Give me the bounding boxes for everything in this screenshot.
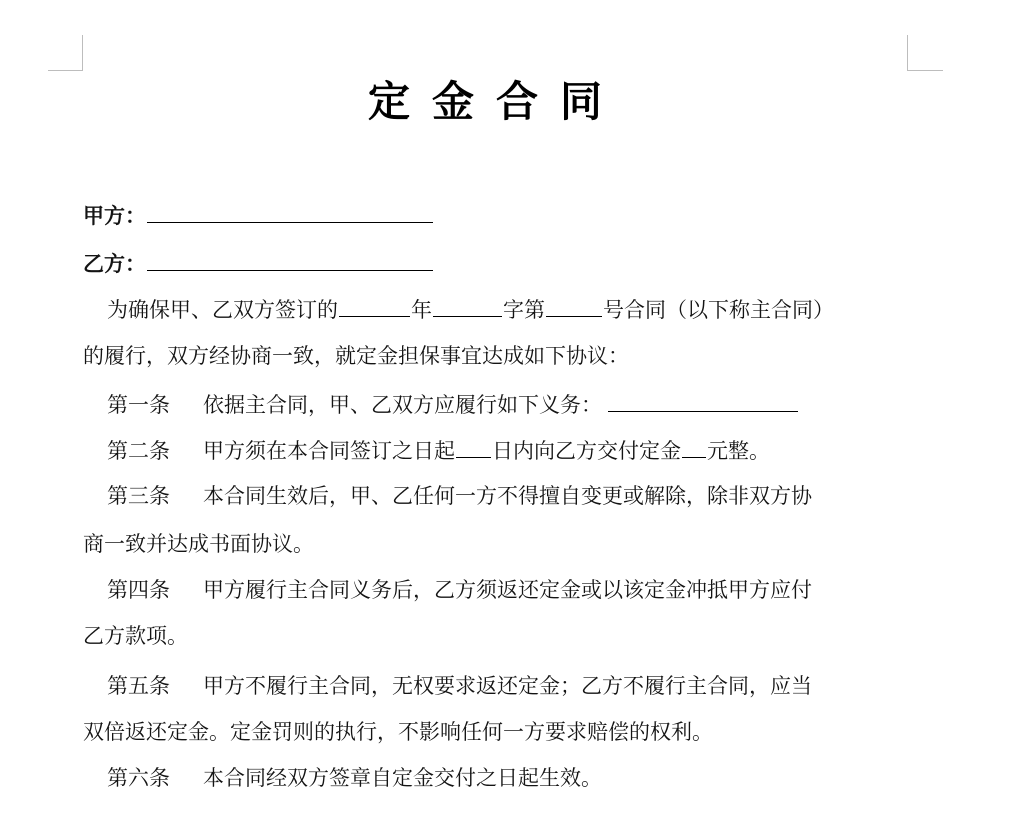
article-1: 第一条依据主合同，甲、乙双方应履行如下义务： — [107, 389, 799, 420]
article-4-label: 第四条 — [107, 575, 203, 605]
page-corner-mark-top-right — [907, 35, 943, 71]
article-6: 第六条本合同经双方签章自定金交付之日起生效。 — [107, 763, 602, 793]
document-title: 定金合同 — [0, 74, 992, 130]
party-a-line: 甲方： — [83, 200, 434, 231]
obligations-blank[interactable] — [608, 389, 798, 412]
preamble-text-2: 号合同（以下称主合同） — [603, 298, 834, 322]
party-a-label: 甲方： — [83, 204, 146, 228]
contract-number-blank[interactable] — [546, 294, 602, 317]
article-4-text-1: 甲方履行主合同义务后，乙方须返还定金或以该定金冲抵甲方应付 — [203, 578, 812, 602]
article-2: 第二条甲方须在本合同签订之日起日内向乙方交付定金元整。 — [107, 435, 770, 466]
party-a-blank[interactable] — [147, 200, 433, 223]
preamble-text-year: 年 — [411, 298, 432, 322]
contract-year-blank[interactable] — [339, 294, 410, 317]
party-b-line: 乙方： — [83, 248, 434, 279]
deposit-days-blank[interactable] — [456, 435, 491, 458]
preamble-line-1: 为确保甲、乙双方签订的年字第号合同（以下称主合同） — [107, 294, 834, 325]
article-6-text: 本合同经双方签章自定金交付之日起生效。 — [203, 766, 602, 790]
article-2-text-3: 元整。 — [707, 439, 770, 463]
party-b-blank[interactable] — [147, 248, 433, 271]
party-b-label: 乙方： — [83, 252, 146, 276]
deposit-amount-blank[interactable] — [682, 435, 706, 458]
article-4-line-2: 乙方款项。 — [83, 621, 188, 651]
article-2-text-1: 甲方须在本合同签订之日起 — [203, 439, 455, 463]
contract-prefix-blank[interactable] — [433, 294, 502, 317]
article-6-label: 第六条 — [107, 763, 203, 793]
article-1-label: 第一条 — [107, 390, 203, 420]
article-5-line-2: 双倍返还定金。定金罚则的执行，不影响任何一方要求赔偿的权利。 — [83, 717, 713, 747]
article-3-label: 第三条 — [107, 481, 203, 511]
page-corner-mark-top-left — [48, 35, 83, 71]
preamble-text-number-label: 字第 — [503, 298, 545, 322]
article-1-text: 依据主合同，甲、乙双方应履行如下义务： — [203, 393, 602, 417]
article-5-text-1: 甲方不履行主合同，无权要求返还定金；乙方不履行主合同，应当 — [203, 674, 812, 698]
article-5-line-1: 第五条甲方不履行主合同，无权要求返还定金；乙方不履行主合同，应当 — [107, 671, 812, 701]
article-2-text-2: 日内向乙方交付定金 — [492, 439, 681, 463]
article-2-label: 第二条 — [107, 436, 203, 466]
article-4-line-1: 第四条甲方履行主合同义务后，乙方须返还定金或以该定金冲抵甲方应付 — [107, 575, 812, 605]
preamble-text-1: 为确保甲、乙双方签订的 — [107, 298, 338, 322]
article-5-label: 第五条 — [107, 671, 203, 701]
article-3-line-1: 第三条本合同生效后，甲、乙任何一方不得擅自变更或解除，除非双方协 — [107, 481, 812, 511]
article-3-line-2: 商一致并达成书面协议。 — [83, 529, 314, 559]
preamble-line-2: 的履行，双方经协商一致，就定金担保事宜达成如下协议： — [83, 341, 629, 371]
article-3-text-1: 本合同生效后，甲、乙任何一方不得擅自变更或解除，除非双方协 — [203, 484, 812, 508]
